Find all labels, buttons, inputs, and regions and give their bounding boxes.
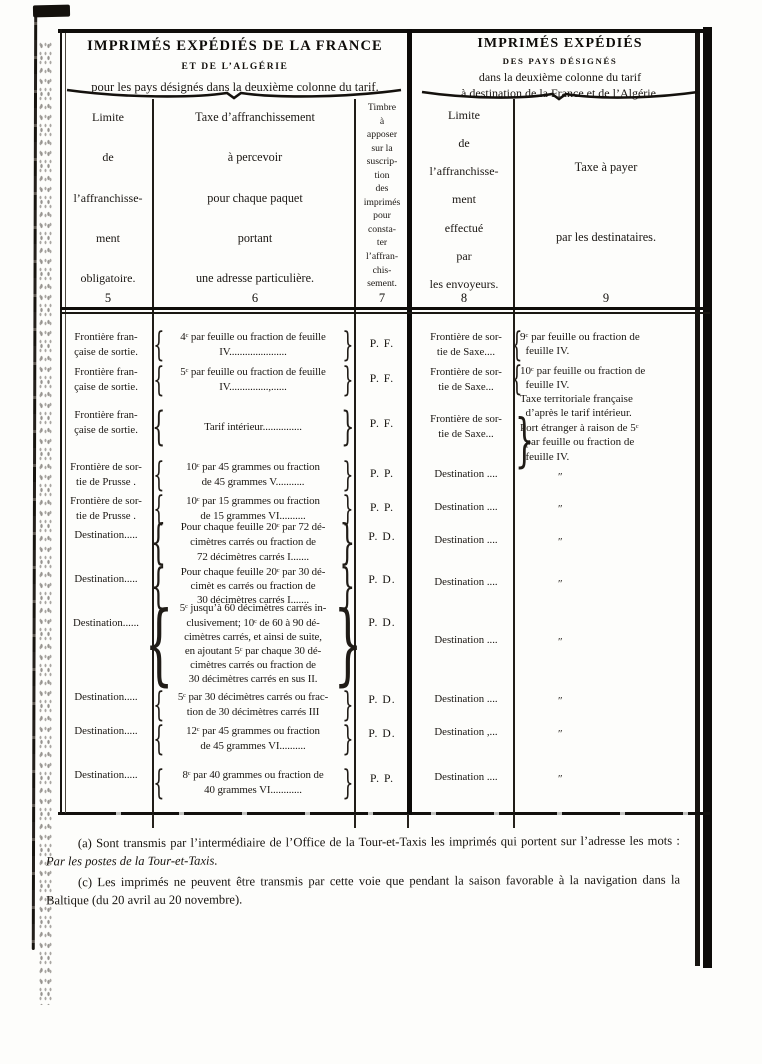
cell-r2-c7: P. F. — [356, 372, 408, 385]
right-header-brace — [419, 88, 701, 101]
col5-line: de — [102, 150, 113, 165]
column-number-6: 6 — [158, 291, 352, 306]
brace-right: } — [343, 766, 352, 800]
left-header-brace — [64, 86, 404, 100]
right-header-title: IMPRIMÉS EXPÉDIÉS — [418, 36, 702, 52]
cell-r11-c5: Destination..... — [64, 768, 148, 783]
cell-r4-c5: Frontière de sor- tie de Prusse . — [64, 460, 148, 490]
cell-r8-c5: Destination...... — [64, 616, 148, 631]
cell-r1-c5: Frontière fran- çaise de sortie. — [64, 330, 148, 360]
cell-r11-c6: { 8ᶜ par 40 grammes ou fraction de 40 gr… — [154, 766, 352, 800]
cell-r8-c6: { 5ᶜ jusqu’à 60 décimètres carrés in- cl… — [154, 600, 352, 688]
cell-r10-c9-ditto: ″ — [520, 727, 730, 741]
footnote-a-text: Sont transmis par l’intermédiaire de l’O… — [96, 834, 680, 851]
cell-r1-c6: { 4ᶜ par feuille ou fraction de feuille … — [154, 328, 352, 362]
brace-left: { — [154, 688, 163, 722]
cell-r1-c7: P. F. — [356, 337, 408, 350]
cell-r9-c5: Destination..... — [64, 690, 148, 705]
cell-r6-c7: P. D. — [356, 530, 408, 543]
column-header-7: Timbre à apposer sur la suscrip- tion de… — [356, 101, 408, 295]
divider-tick — [354, 814, 356, 828]
cell-r11-c7: P. P. — [356, 772, 408, 785]
cell-r3-c7: P. F. — [356, 417, 408, 430]
left-header-title: IMPRIMÉS EXPÉDIÉS DE LA FRANCE — [66, 38, 404, 55]
table-border-top — [58, 29, 710, 33]
column-header-8: Limite de l’affranchisse- ment effectué … — [417, 108, 511, 292]
col5-line: obligatoire. — [81, 271, 136, 286]
header-rule-bottom — [60, 312, 710, 314]
scan-corner-mark — [33, 5, 70, 18]
col6-line: Taxe d’affranchissement — [195, 110, 315, 125]
cell-r7-c8: Destination .... — [418, 575, 514, 590]
cell-r9-c6: { 5ᶜ par 30 décimètres carrés ou frac- t… — [154, 688, 352, 722]
brace-left: { — [154, 407, 163, 447]
cell-r10-c8: Destination ,... — [418, 725, 514, 740]
column-number-8: 8 — [417, 291, 511, 306]
col6-line: portant — [238, 231, 273, 246]
cell-r11-c9-ditto: ″ — [520, 772, 730, 786]
divider-tick — [152, 814, 154, 828]
cell-r7-c7: P. D. — [356, 573, 408, 586]
footnotes: (a) Sont transmis par l’intermédiaire de… — [46, 833, 680, 914]
column-number-9: 9 — [519, 291, 693, 306]
footnote-a: (a) Sont transmis par l’intermédiaire de… — [46, 833, 680, 871]
left-header-subtitle: ET DE L’ALGÉRIE — [66, 62, 404, 72]
header-rule-top — [60, 307, 710, 310]
cell-r2-c8: Frontière de sor- tie de Saxe... — [418, 365, 514, 395]
cell-r6-c6: { Pour chaque feuille 20ᶜ par 72 dé- cim… — [154, 518, 352, 566]
cell-r10-c7: P. D. — [356, 727, 408, 740]
brace-right: } — [343, 688, 352, 722]
cell-r3-c8: Frontière de sor- tie de Saxe... — [418, 412, 514, 442]
cell-r9-c8: Destination .... — [418, 692, 514, 707]
footnote-c-label: (c) — [78, 875, 92, 889]
col5-line: l’affranchisse- — [73, 191, 142, 206]
brace-right: } — [343, 363, 352, 397]
right-header-line2: DES PAYS DÉSIGNÉS — [418, 56, 702, 66]
cell-r1-c8: Frontière de sor- tie de Saxe.... — [418, 330, 514, 360]
cell-r10-c6: { 12ᶜ par 45 grammes ou fraction de 45 g… — [154, 722, 352, 756]
cell-r3-c9: Taxe territoriale française d’après le t… — [520, 392, 692, 464]
brace-right: } — [343, 407, 352, 447]
cell-r6-c9-ditto: ″ — [520, 535, 730, 549]
column-header-9: Taxe à payer par les destinataires. — [519, 104, 693, 294]
brace-right: } — [343, 458, 352, 492]
brace-left: { — [154, 328, 163, 362]
column-header-6: Taxe d’affranchissement à percevoir pour… — [158, 110, 352, 286]
cell-r8-c9-ditto: ″ — [520, 635, 730, 649]
brace-right: } — [343, 600, 352, 688]
cell-r8-c8: Destination .... — [418, 633, 514, 648]
cell-r3-c5: Frontière fran- çaise de sortie. — [64, 408, 148, 438]
brace-left: { — [154, 363, 163, 397]
column-number-5: 5 — [66, 291, 150, 306]
cell-r5-c5: Frontière de sor- tie de Prusse . — [64, 494, 148, 524]
cell-r2-c5: Frontière fran- çaise de sortie. — [64, 365, 148, 395]
col6-line: à percevoir — [228, 150, 282, 165]
cell-r2-c6: { 5ᶜ par feuille ou fraction de feuille … — [154, 363, 352, 397]
cell-r5-c7: P. P. — [356, 501, 408, 514]
cell-r9-c7: P. D. — [356, 693, 408, 706]
cell-r11-c8: Destination .... — [418, 770, 514, 785]
table-body: Frontière fran- çaise de sortie. { 4ᶜ pa… — [60, 316, 710, 814]
footnote-c: (c) Les imprimés ne peuvent être transmi… — [46, 872, 680, 910]
brace-right: } — [343, 328, 352, 362]
col6-line: pour chaque paquet — [207, 191, 302, 206]
cell-r4-c8: Destination .... — [418, 467, 514, 482]
col5-line: ment — [96, 231, 120, 246]
right-header-line3: dans la deuxième colonne du tarif — [418, 70, 702, 85]
brace-right: } — [343, 722, 352, 756]
cell-r5-c8: Destination .... — [418, 500, 514, 515]
page-binding-edge — [32, 6, 37, 950]
column-header-5: Limite de l’affranchisse- ment obligatoi… — [66, 110, 150, 286]
cell-r8-c7: P. D. — [356, 616, 408, 629]
cell-r5-c9-ditto: ″ — [520, 502, 730, 516]
column-number-7: 7 — [356, 291, 408, 306]
col6-line: une adresse particulière. — [196, 271, 314, 286]
cell-r7-c5: Destination..... — [64, 572, 148, 587]
divider-tick — [513, 814, 515, 828]
cell-r3-c6: { Tarif intérieur............... } — [154, 407, 352, 447]
brace-left: { — [154, 458, 163, 492]
brace-left: { — [154, 600, 163, 688]
cell-r4-c9-ditto: ″ — [520, 470, 730, 484]
footnote-a-italic: Par les postes de la Tour-et-Taxis. — [46, 853, 218, 868]
divider-tick — [407, 814, 409, 828]
cell-r4-c7: P. P. — [356, 467, 408, 480]
brace-left: { — [154, 766, 163, 800]
footnote-a-label: (a) — [78, 836, 92, 850]
footnote-c-text: Les imprimés ne peuvent être transmis pa… — [46, 873, 680, 907]
cell-r9-c9-ditto: ″ — [520, 694, 730, 708]
cell-r1-c9: 9ᶜ par feuille ou fraction de feuille IV… — [520, 330, 692, 359]
cell-r6-c8: Destination .... — [418, 533, 514, 548]
cell-r6-c5: Destination..... — [64, 528, 148, 543]
brace-left: { — [154, 722, 163, 756]
cell-r7-c9-ditto: ″ — [520, 577, 730, 591]
cell-r4-c6: { 10ᶜ par 45 grammes ou fraction de 45 g… — [154, 458, 352, 492]
cell-r2-c9: 10ᶜ par feuille ou fraction de feuille I… — [520, 364, 692, 393]
cell-r10-c5: Destination..... — [64, 724, 148, 739]
col5-line: Limite — [92, 110, 124, 125]
scanned-tariff-page: IMPRIMÉS EXPÉDIÉS DE LA FRANCE ET DE L’A… — [0, 0, 762, 1064]
